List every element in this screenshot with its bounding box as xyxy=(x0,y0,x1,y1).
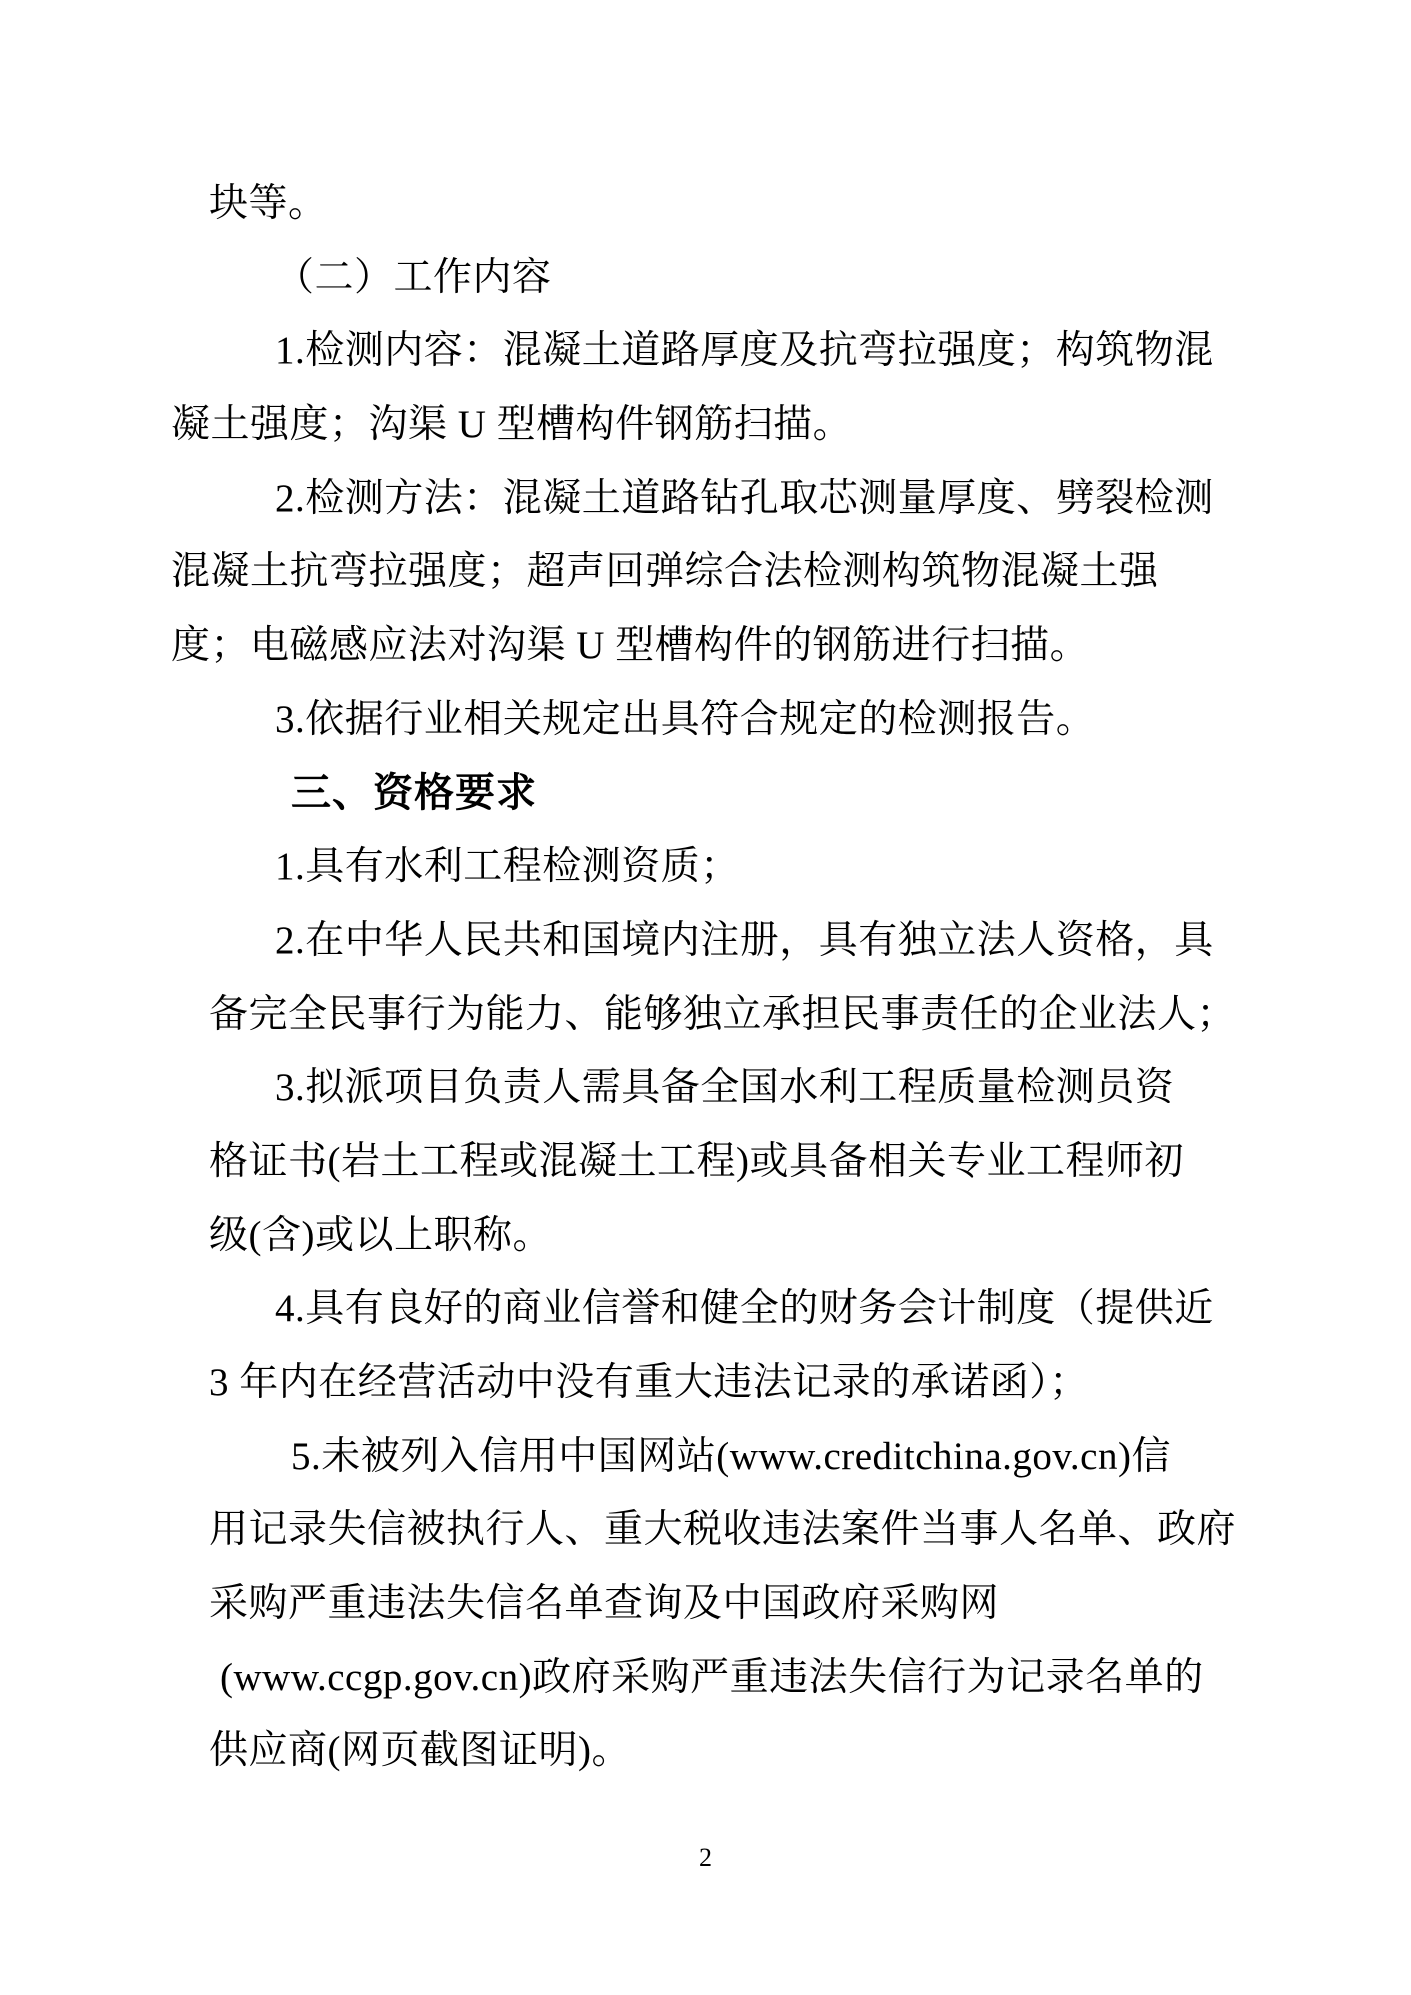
doc-line: 混凝土抗弯拉强度；超声回弹综合法检测构筑物混凝土强 xyxy=(171,535,1203,609)
doc-line: 5.未被列入信用中国网站(www.creditchina.gov.cn)信 xyxy=(171,1420,1203,1494)
doc-line: 供应商(网页截图证明)。 xyxy=(171,1714,1203,1788)
doc-line-subsection-title: （二）工作内容 xyxy=(171,241,1203,315)
doc-line: 1.具有水利工程检测资质； xyxy=(171,830,1203,904)
doc-line: 3.依据行业相关规定出具符合规定的检测报告。 xyxy=(171,683,1203,757)
doc-line: (www.ccgp.gov.cn)政府采购严重违法失信行为记录名单的 xyxy=(171,1641,1203,1715)
doc-line: 2.检测方法：混凝土道路钻孔取芯测量厚度、劈裂检测 xyxy=(171,462,1203,536)
section-heading-qualification-requirements: 三、资格要求 xyxy=(171,757,1203,831)
doc-line: 格证书(岩土工程或混凝土工程)或具备相关专业工程师初 xyxy=(171,1125,1203,1199)
doc-line: 1.检测内容：混凝土道路厚度及抗弯拉强度；构筑物混 xyxy=(171,314,1203,388)
doc-line: 凝土强度；沟渠 U 型槽构件钢筋扫描。 xyxy=(171,388,1203,462)
doc-line: 2.在中华人民共和国境内注册，具有独立法人资格，具 xyxy=(171,904,1203,978)
doc-line: 块等。 xyxy=(171,167,1203,241)
doc-line: 度；电磁感应法对沟渠 U 型槽构件的钢筋进行扫描。 xyxy=(171,609,1203,683)
doc-line: 采购严重违法失信名单查询及中国政府采购网 xyxy=(171,1567,1203,1641)
doc-line: 用记录失信被执行人、重大税收违法案件当事人名单、政府 xyxy=(171,1493,1203,1567)
page-number: 2 xyxy=(0,1843,1411,1873)
doc-line: 3.拟派项目负责人需具备全国水利工程质量检测员资 xyxy=(171,1051,1203,1125)
text-block: 块等。 （二）工作内容 1.检测内容：混凝土道路厚度及抗弯拉强度；构筑物混 凝土… xyxy=(171,167,1203,1788)
document-page: 块等。 （二）工作内容 1.检测内容：混凝土道路厚度及抗弯拉强度；构筑物混 凝土… xyxy=(0,0,1411,1995)
doc-line: 3 年内在经营活动中没有重大违法记录的承诺函）； xyxy=(171,1346,1203,1420)
doc-line: 备完全民事行为能力、能够独立承担民事责任的企业法人； xyxy=(171,978,1203,1052)
doc-line: 4.具有良好的商业信誉和健全的财务会计制度（提供近 xyxy=(171,1272,1203,1346)
doc-line: 级(含)或以上职称。 xyxy=(171,1199,1203,1273)
